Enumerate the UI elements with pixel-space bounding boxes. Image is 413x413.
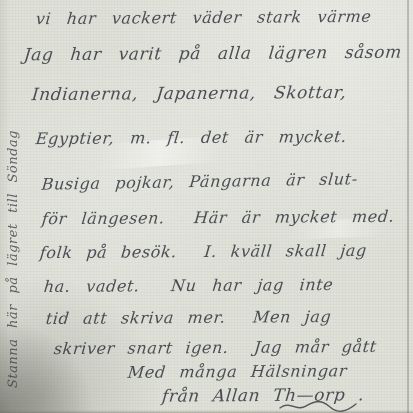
letter-line: tid att skriva mer. Men jag [45, 307, 332, 328]
letter-line: vi har vackert väder stark värme [35, 7, 372, 28]
margin-note: Stanna här på lägret till Söndag [6, 16, 21, 388]
letter-line: Busiga pojkar, Pängarna är slut- [41, 169, 359, 194]
letter-line: Egyptier, m. fl. det är mycket. [35, 127, 348, 148]
paper-edge [407, 0, 409, 413]
letter-line: Indianerna, Japanerna, Skottar, [31, 83, 348, 105]
letter-line: Jag har varit på alla lägren såsom [23, 43, 403, 66]
letter-line: folk på besök. I. kväll skall jag [39, 241, 368, 262]
letter-line: skriver snart igen. Jag mår gått [53, 337, 378, 358]
letter-line: ha. vadet. Nu har jag inte [43, 275, 334, 296]
letter-paper: Stanna här på lägret till Söndag vi har … [0, 0, 413, 413]
closing-line: Med många Hälsningar [127, 361, 348, 382]
letter-line: för längesen. Här är mycket med. [41, 207, 395, 228]
